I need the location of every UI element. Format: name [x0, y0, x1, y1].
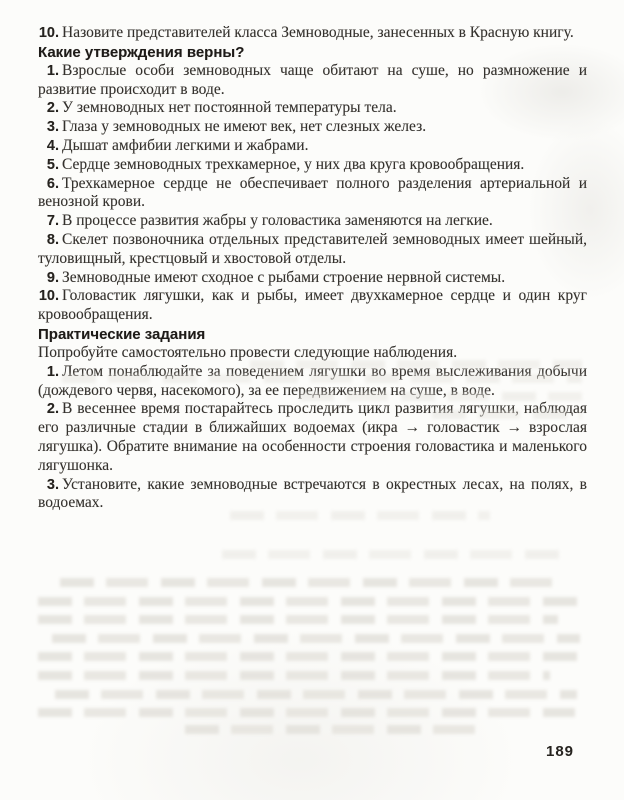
item-number: 5. [38, 156, 59, 175]
item-text: Установите, какие земноводные встречаютс… [38, 476, 587, 512]
bleed-line [38, 671, 550, 680]
item-number: 4. [38, 137, 59, 156]
question-item: 10.Назовите представителей класса Земнов… [38, 24, 587, 43]
practical-tasks-list: 1.Летом понаблюдайте за поведением лягуш… [38, 363, 587, 513]
question-text: Назовите представителей класса Земноводн… [62, 24, 574, 41]
question-number: 10. [38, 24, 59, 43]
numbered-item: 4.Дышат амфибии легкими и жабрами. [38, 137, 587, 156]
bleed-line [55, 690, 577, 699]
bleed-line [300, 392, 582, 401]
item-text: У земноводных нет постоянной температуры… [62, 99, 397, 116]
item-text: Взрослые особи земноводных чаще обитают … [38, 62, 587, 98]
item-number: 6. [38, 175, 59, 194]
numbered-item: 2.У земноводных нет постоянной температу… [38, 99, 587, 118]
numbered-item: 6.Трехкамерное сердце не обеспечивает по… [38, 175, 587, 213]
bleed-line [230, 511, 490, 520]
statements-list: 1.Взрослые особи земноводных чаще обитаю… [38, 62, 587, 325]
item-text: Трехкамерное сердце не обеспечивает полн… [38, 175, 587, 211]
item-number: 10. [38, 287, 59, 306]
item-number: 1. [38, 62, 59, 81]
numbered-item: 8.Скелет позвоночника отдельных представ… [38, 231, 587, 269]
bleed-line [38, 652, 583, 661]
numbered-item: 7.В процессе развития жабры у головастик… [38, 212, 587, 231]
item-number: 2. [38, 99, 59, 118]
bleed-line [250, 360, 582, 369]
item-text: Головастик лягушки, как и рыбы, имеет дв… [38, 287, 587, 323]
bleed-line [185, 725, 485, 734]
item-number: 7. [38, 212, 59, 231]
item-text: В процессе развития жабры у головастика … [62, 212, 493, 229]
item-text: Глаза у земноводных не имеют век, нет сл… [62, 118, 426, 135]
numbered-item: 1.Взрослые особи земноводных чаще обитаю… [38, 62, 587, 100]
item-number: 2. [38, 400, 59, 419]
section-heading-practical: Практические задания [38, 325, 587, 344]
page-number: 189 [543, 743, 577, 760]
numbered-item: 9.Земноводные имеют сходное с рыбами стр… [38, 269, 587, 288]
item-number: 1. [38, 363, 59, 382]
bleed-line [38, 708, 575, 717]
bleed-line [52, 634, 580, 643]
page-content: 10.Назовите представителей класса Земнов… [38, 24, 587, 513]
scanned-page: 10.Назовите представителей класса Земнов… [0, 0, 624, 800]
item-number: 3. [38, 118, 59, 137]
item-number: 3. [38, 476, 59, 495]
bleed-line [60, 578, 560, 587]
numbered-item: 10.Головастик лягушки, как и рыбы, имеет… [38, 287, 587, 325]
item-number: 9. [38, 269, 59, 288]
bleed-line [62, 374, 582, 383]
section-heading-statements: Какие утверждения верны? [38, 43, 587, 62]
item-text: Скелет позвоночника отдельных представит… [38, 231, 587, 267]
item-text: Дышат амфибии легкими и жабрами. [62, 137, 308, 154]
numbered-item: 3.Установите, какие земноводные встречаю… [38, 476, 587, 514]
bleed-line [38, 615, 558, 624]
numbered-item: 3.Глаза у земноводных не имеют век, нет … [38, 118, 587, 137]
item-text: Сердце земноводных трехкамерное, у них д… [62, 156, 524, 173]
item-number: 8. [38, 231, 59, 250]
bleed-line [38, 597, 578, 606]
bleed-line [432, 410, 582, 419]
numbered-item: 5.Сердце земноводных трехкамерное, у них… [38, 156, 587, 175]
bleed-line [222, 550, 562, 559]
item-text: Земноводные имеют сходное с рыбами строе… [62, 269, 505, 286]
